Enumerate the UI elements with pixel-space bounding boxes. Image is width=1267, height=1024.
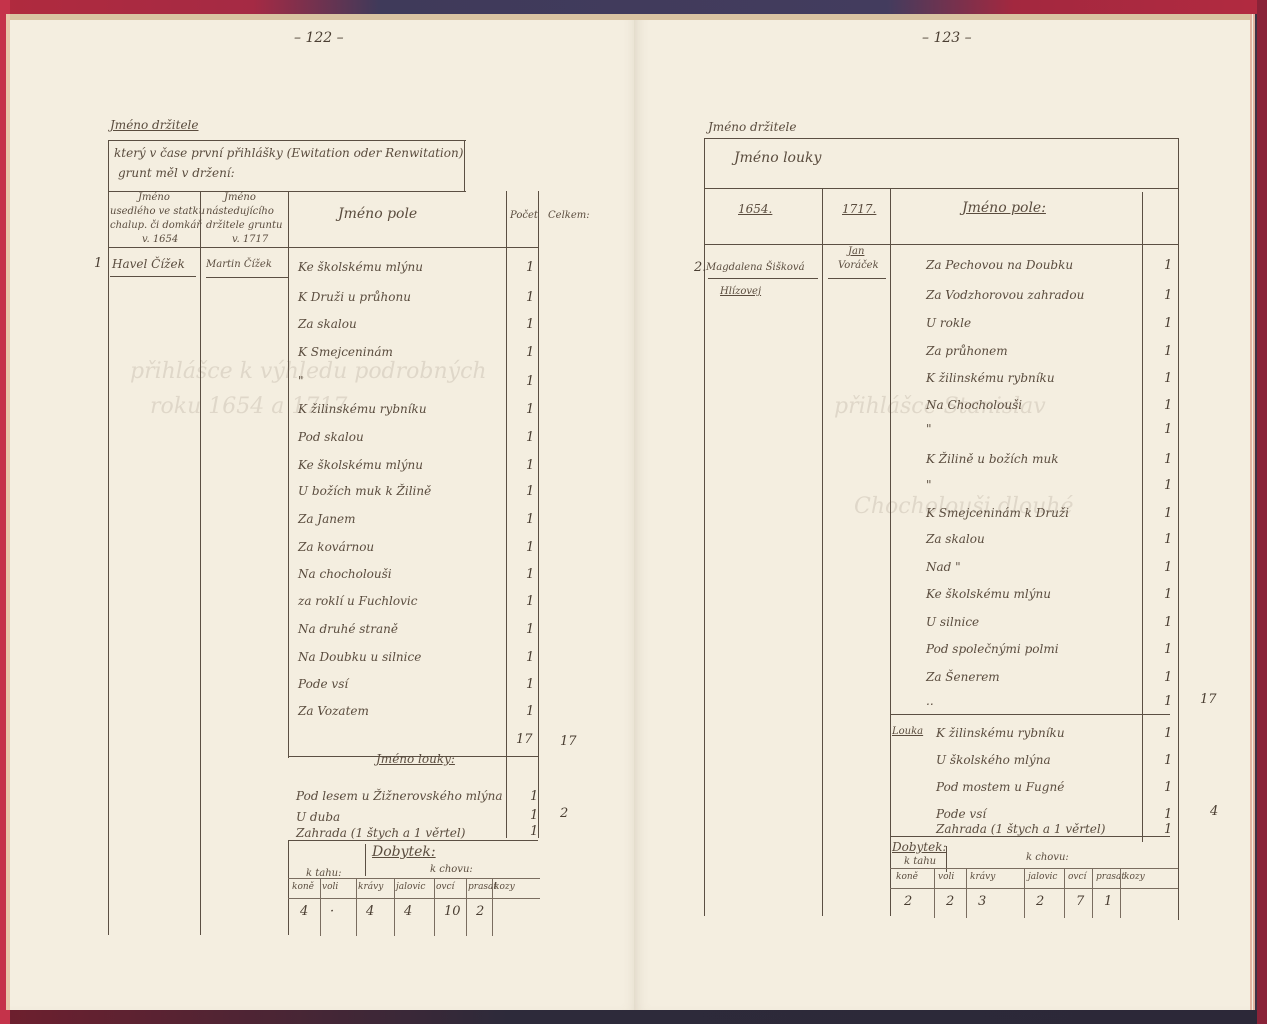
livestock-title: Dobytek: — [892, 840, 947, 854]
column-divider — [538, 191, 539, 838]
field-count: 1 — [1164, 452, 1172, 467]
livestock-value: 4 — [366, 904, 374, 919]
column-divider — [320, 878, 321, 936]
page-edge — [10, 14, 638, 20]
table-border — [1178, 138, 1179, 920]
breeding-label: k chovu: — [430, 864, 473, 875]
livestock-title: Dobytek: — [372, 844, 436, 860]
field-count: 1 — [1164, 506, 1172, 521]
field-count: 1 — [1164, 642, 1172, 657]
field-name: Nad " — [926, 560, 961, 574]
holder-1717: Voráček — [838, 260, 879, 271]
field-count: 1 — [526, 594, 534, 609]
col2-header: Jméno — [224, 192, 256, 203]
col2-header: držitele gruntu — [206, 220, 282, 231]
field-name: K Druži u průhonu — [298, 290, 411, 304]
meadow-count: 1 — [530, 808, 538, 823]
holder-1654: Havel Čížek — [112, 257, 185, 271]
livestock-value: 2 — [904, 894, 912, 909]
table-border — [704, 188, 1178, 189]
column-divider — [1024, 868, 1025, 918]
livestock-header: koně — [896, 872, 918, 882]
fields-total: 17 — [1200, 692, 1217, 707]
underline — [828, 278, 886, 279]
livestock-header: kozy — [494, 882, 515, 892]
field-count: 1 — [1164, 560, 1172, 575]
field-count: 1 — [1164, 422, 1172, 437]
field-name: Ke školskému mlýnu — [298, 260, 423, 274]
col3-header: Jméno pole: — [962, 200, 1046, 216]
field-name: Na Doubku u silnice — [298, 650, 421, 664]
field-name: Za kovárnou — [298, 540, 374, 554]
header-note-2: grunt měl v držení: — [118, 166, 235, 180]
book-cover-right — [1257, 0, 1267, 1024]
field-count: 1 — [1164, 288, 1172, 303]
livestock-header: koně — [292, 882, 314, 892]
meadow-header: Jméno louky — [734, 150, 821, 166]
col1-header: 1654. — [738, 202, 772, 216]
livestock-value: 7 — [1076, 894, 1084, 909]
col4-header: Počet — [510, 210, 538, 221]
livestock-value: 2 — [1036, 894, 1044, 909]
holder-label: Jméno držitele — [110, 118, 199, 132]
page-number: – 122 – — [294, 30, 344, 46]
field-name: " — [298, 374, 304, 388]
table-border — [108, 140, 109, 935]
entry-number: 2. — [694, 260, 706, 275]
header-bottom-border — [704, 244, 1178, 245]
bleed-through-text: přihlášce k výhledu podrobných — [130, 359, 487, 384]
column-divider — [506, 191, 507, 838]
col2-header: 1717. — [842, 202, 876, 216]
underline — [110, 276, 196, 277]
book-cover-bottom — [0, 1010, 1267, 1024]
field-count: 1 — [1164, 478, 1172, 493]
livestock-header: kozy — [1124, 872, 1145, 882]
field-name: Za průhonem — [926, 344, 1008, 358]
meadow-name: Zahrada (1 štych a 1 věrtel) — [936, 822, 1105, 836]
meadows-total: 2 — [560, 806, 568, 821]
field-name: Na chocholouši — [298, 567, 392, 581]
holder-1717: Martin Čížek — [206, 259, 272, 270]
field-count: 1 — [526, 458, 534, 473]
meadows-total: 4 — [1210, 804, 1218, 819]
field-name: Ke školskému mlýnu — [298, 458, 423, 472]
field-name: Za Pechovou na Doubku — [926, 258, 1073, 272]
field-name: Za skalou — [298, 317, 357, 331]
col1-header: v. 1654 — [142, 234, 178, 245]
underline — [708, 278, 818, 279]
draft-label: k tahu — [904, 856, 936, 867]
left-page: – 122 – přihlášce k výhledu podrobných r… — [6, 14, 638, 1010]
underline — [206, 277, 288, 278]
section-divider — [288, 840, 538, 841]
field-name: Za Vodzhorovou zahradou — [926, 288, 1084, 302]
column-divider — [288, 840, 289, 935]
column-divider — [492, 878, 493, 936]
meadow-name: Zahrada (1 štych a 1 věrtel) — [296, 826, 465, 840]
livestock-value: · — [330, 904, 334, 919]
field-count: 1 — [526, 567, 534, 582]
col2-header: v. 1717 — [232, 234, 268, 245]
meadow-name: Pod mostem u Fugné — [936, 780, 1064, 794]
meadows-title: Jméno louky: — [376, 752, 455, 766]
col5-header: Celkem: — [548, 210, 590, 221]
field-count: 1 — [526, 345, 534, 360]
field-name: Za skalou — [926, 532, 985, 546]
column-divider — [966, 868, 967, 918]
livestock-value: 4 — [404, 904, 412, 919]
column-divider — [934, 868, 935, 918]
field-count: 1 — [1164, 532, 1172, 547]
header-note: který v čase první přihlášky (Ewitation … — [114, 146, 463, 160]
field-count: 1 — [526, 484, 534, 499]
col1-header: Jméno — [138, 192, 170, 203]
column-divider — [434, 878, 435, 936]
livestock-header: voli — [938, 872, 954, 882]
col1-header: chalup. či domkář — [110, 220, 201, 231]
meadow-count: 1 — [1164, 726, 1172, 741]
field-name: U božích muk k Žilině — [298, 484, 431, 498]
livestock-header: voli — [322, 882, 338, 892]
field-count: 1 — [1164, 670, 1172, 685]
field-count: 1 — [1164, 398, 1172, 413]
livestock-value: 2 — [476, 904, 484, 919]
table-border — [464, 140, 465, 192]
meadow-count: 1 — [530, 824, 538, 839]
field-count: 1 — [1164, 615, 1172, 630]
field-count: 1 — [1164, 316, 1172, 331]
field-name: Za Vozatem — [298, 704, 369, 718]
meadow-count: 1 — [1164, 822, 1172, 837]
livestock-header: krávy — [970, 872, 995, 882]
column-divider — [1064, 868, 1065, 918]
field-count: 1 — [526, 512, 534, 527]
table-border — [704, 138, 1178, 139]
fields-subtotal: 17 — [516, 732, 533, 747]
col3-header: Jméno pole — [338, 206, 417, 222]
field-name: " — [926, 422, 932, 436]
meadow-count: 1 — [530, 789, 538, 804]
book-cover-top — [0, 0, 1267, 14]
column-divider — [466, 878, 467, 936]
holder-1717-firstname: Jan — [848, 246, 864, 257]
meadow-name: U duba — [296, 810, 340, 824]
livestock-header: jalovic — [1028, 872, 1057, 882]
field-count: 1 — [526, 374, 534, 389]
entry-number: 1 — [94, 256, 102, 271]
field-name: Na Chocholouši — [926, 398, 1022, 412]
livestock-header: jalovic — [396, 882, 425, 892]
field-count: 1 — [526, 430, 534, 445]
livestock-header: ovcí — [436, 882, 454, 892]
column-divider — [1120, 868, 1121, 918]
field-name: " — [926, 478, 932, 492]
field-count: 1 — [1164, 371, 1172, 386]
column-divider — [890, 188, 891, 916]
page-edge — [634, 14, 1250, 20]
livestock-value: 2 — [946, 894, 954, 909]
table-border — [704, 138, 705, 916]
column-divider — [288, 191, 289, 758]
field-name: U rokle — [926, 316, 971, 330]
field-count: 1 — [1164, 694, 1172, 709]
field-count: 1 — [526, 677, 534, 692]
livestock-header-border — [288, 878, 540, 879]
field-count: 1 — [1164, 587, 1172, 602]
livestock-value: 1 — [1104, 894, 1112, 909]
holder-1654-line2: Hlízovej — [720, 286, 761, 297]
fields-total: 17 — [560, 734, 577, 749]
field-count: 1 — [1164, 344, 1172, 359]
livestock-header-border — [288, 898, 540, 899]
col1-header: usedlého ve statku — [110, 206, 205, 217]
holder-1654: Magdalena Šišková — [706, 262, 805, 273]
field-count: 1 — [526, 704, 534, 719]
field-count: 1 — [526, 290, 534, 305]
field-name: U silnice — [926, 615, 979, 629]
meadow-name: K žilinskému rybníku — [936, 726, 1065, 740]
right-page: – 123 – přihlášce Stanislav Chocholouši … — [634, 14, 1255, 1010]
livestock-header: ovcí — [1068, 872, 1086, 882]
holder-label: Jméno držitele — [708, 120, 797, 134]
livestock-value: 3 — [978, 894, 986, 909]
field-name: Ke školskému mlýnu — [926, 587, 1051, 601]
meadow-count: 1 — [1164, 780, 1172, 795]
field-name: Pode vsí — [298, 677, 348, 691]
column-divider — [1142, 192, 1143, 842]
livestock-header: krávy — [358, 882, 383, 892]
field-name: K žilinskému rybníku — [926, 371, 1055, 385]
breeding-label: k chovu: — [1026, 852, 1069, 863]
field-name: K Žilině u božích muk — [926, 452, 1059, 466]
column-divider — [394, 878, 395, 936]
livestock-value: 10 — [444, 904, 461, 919]
meadow-name: Pod lesem u Žižnerovského mlýna — [296, 789, 503, 803]
section-divider — [890, 836, 1170, 837]
field-name: K Smejceninám k Druži — [926, 506, 1069, 520]
field-name: za roklí u Fuchlovic — [298, 594, 417, 608]
column-divider — [1092, 868, 1093, 918]
field-name: Na druhé straně — [298, 622, 398, 636]
field-count: 1 — [526, 622, 534, 637]
field-count: 1 — [526, 260, 534, 275]
meadow-label: Louka — [892, 726, 923, 737]
livestock-value: 4 — [300, 904, 308, 919]
col2-header: nástedujícího — [206, 206, 274, 217]
column-divider — [356, 878, 357, 936]
field-name: Pod skalou — [298, 430, 364, 444]
field-count: 1 — [1164, 258, 1172, 273]
field-name: Pod společnými polmi — [926, 642, 1059, 656]
header-bottom-border — [108, 247, 538, 248]
field-count: 1 — [526, 540, 534, 555]
column-divider — [365, 844, 366, 876]
field-count: 1 — [526, 650, 534, 665]
meadow-count: 1 — [1164, 807, 1172, 822]
meadow-name: U školského mlýna — [936, 753, 1051, 767]
field-name: K žilinskému rybníku — [298, 402, 427, 416]
field-count: 1 — [526, 317, 534, 332]
field-name: Za Janem — [298, 512, 355, 526]
field-name: Za Šenerem — [926, 670, 1000, 684]
meadow-count: 1 — [1164, 753, 1172, 768]
column-divider — [822, 188, 823, 916]
table-border — [108, 140, 466, 141]
meadow-name: Pode vsí — [936, 807, 986, 821]
field-name: .. — [926, 694, 934, 708]
section-divider — [890, 714, 1170, 715]
column-divider — [200, 191, 201, 935]
field-count: 1 — [526, 402, 534, 417]
page-number: – 123 – — [922, 30, 972, 46]
field-name: K Smejceninám — [298, 345, 393, 359]
